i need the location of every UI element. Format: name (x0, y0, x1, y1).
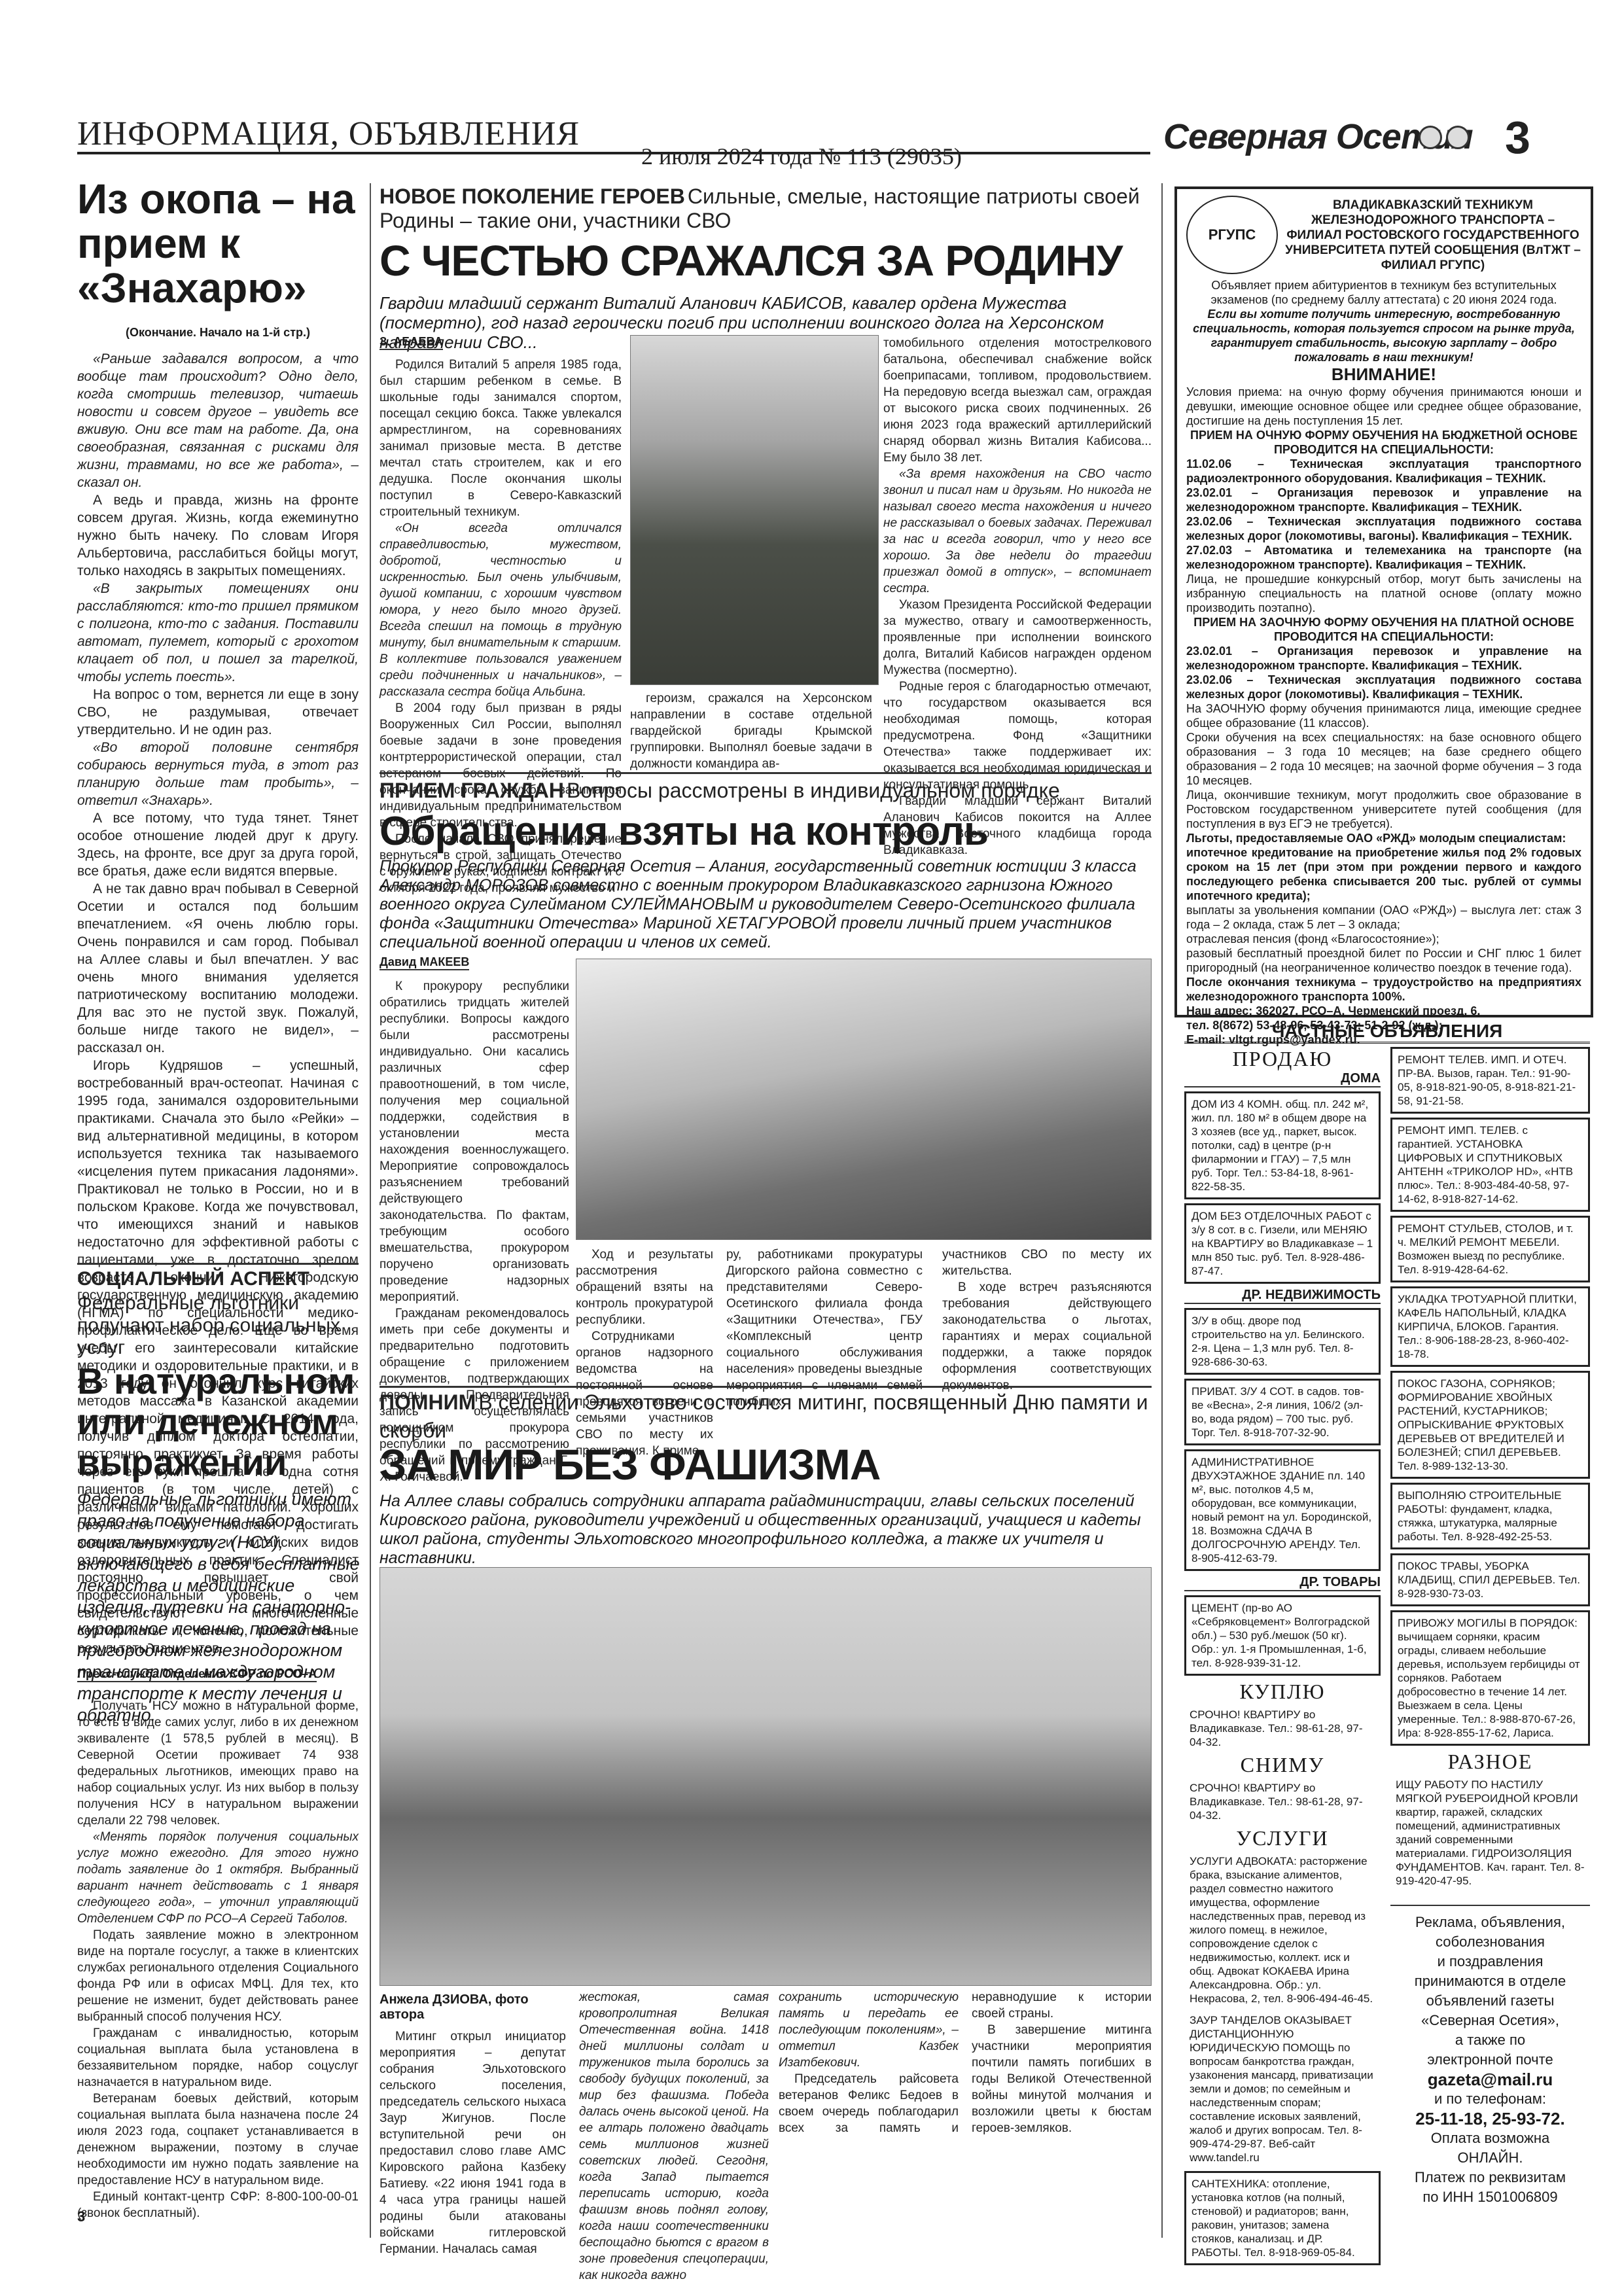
photo-credit-memory: Анжела ДЗИОВА, фото автора (380, 1992, 563, 2022)
technikum-slogan: Если вы хотите получить интересную, вост… (1186, 307, 1581, 364)
memory-col1: Митинг открыл инициатор мероприятия – де… (380, 2028, 566, 2257)
medal-icon (1446, 126, 1470, 149)
paragraph: Получать НСУ можно в натуральной форме, … (77, 1698, 359, 1829)
classified-ad: ИЩУ РАБОТУ ПО НАСТИЛУ МЯГКОЙ РУБЕРОИДНОЙ… (1390, 1774, 1590, 1892)
ad-line: На ЗАОЧНУЮ форму обучения принимаются ли… (1186, 701, 1581, 730)
contact-line: соболезнования (1390, 1932, 1590, 1952)
headline-reception: Обращения взяты на контроль (380, 808, 1152, 855)
headline-memory: ЗА МИР БЕЗ ФАШИЗМА (380, 1439, 1152, 1489)
technikum-header: РГУПС ВЛАДИКАВКАЗСКИЙ ТЕХНИКУМ ЖЕЛЕЗНОДО… (1186, 196, 1581, 274)
rubric-social: СОЦИАЛЬНЫЙ АСПЕКТ (77, 1268, 359, 1290)
paragraph: А ведь и правда, жизнь на фронте совсем … (77, 491, 359, 580)
contact-line: ОНЛАЙН. (1390, 2148, 1590, 2168)
technikum-ad: РГУПС ВЛАДИКАВКАЗСКИЙ ТЕХНИКУМ ЖЕЛЕЗНОДО… (1174, 186, 1593, 1017)
masthead-emblems (1419, 124, 1491, 150)
paragraph: «В закрытых помещениях они расслабляются… (77, 580, 359, 686)
ad-line: Сроки обучения на всех специальностях: н… (1186, 730, 1581, 788)
ad-line: 23.02.01 – Организация перевозок и управ… (1186, 644, 1581, 673)
kicker-reception: Вопросы рассмотрены в индивидуальном пор… (567, 779, 1060, 802)
lead-reception: Прокурор Республики Северная Осетия – Ал… (380, 857, 1152, 952)
paragraph: Родился Виталий 5 апреля 1985 года, был … (380, 357, 622, 520)
contact-line: электронной почте (1390, 2050, 1590, 2070)
issue-line: 2 июля 2024 года № 113 (29035) (641, 143, 962, 170)
contact-phones-label: и по телефонам: (1390, 2089, 1590, 2109)
paragraph: Митинг открыл инициатор мероприятия – де… (380, 2028, 566, 2257)
classified-ad: ЗАУР ТАНДЕЛОВ ОКАЗЫВАЕТ ДИСТАНЦИОННУЮ ЮР… (1184, 2009, 1381, 2168)
category-various: РАЗНОЕ (1390, 1750, 1590, 1774)
classified-ad: ПОКОС ТРАВЫ, УБОРКА КЛАДБИЩ, СПИЛ ДЕРЕВЬ… (1390, 1553, 1590, 1606)
byline-kabisov: З. АБАЕВА (380, 335, 443, 350)
technikum-title: ВЛАДИКАВКАЗСКИЙ ТЕХНИКУМ ЖЕЛЕЗНОДОРОЖНОГ… (1284, 198, 1581, 273)
paragraph: «Менять порядок получения социальных усл… (77, 1829, 359, 1927)
classified-ad: УСЛУГИ АДВОКАТА: расторжение брака, взыс… (1184, 1850, 1381, 2009)
classified-ad: РЕМОНТ СТУЛЬЕВ, СТОЛОВ, и т. ч. МЕЛКИЙ Р… (1390, 1216, 1590, 1282)
classified-ad: З/У в общ. дворе под строительство на ул… (1184, 1308, 1381, 1375)
paragraph: Единый контакт-центр СФР: 8-800-100-00-0… (77, 2189, 359, 2221)
article-kabisov-kicker-line: НОВОЕ ПОКОЛЕНИЕ ГЕРОЕВ Сильные, смелые, … (380, 185, 1152, 233)
ad-line: отраслевая пенсия (фонд «Благосостояние»… (1186, 932, 1581, 946)
section-rule (380, 772, 1152, 774)
rgups-logo-icon: РГУПС (1186, 196, 1278, 274)
category-sell: ПРОДАЮ (1184, 1047, 1381, 1071)
ad-line: После окончания техникума – трудоустройс… (1186, 975, 1581, 1004)
contact-line: Платеж по реквизитам (1390, 2168, 1590, 2187)
technikum-intro: Объявляет прием абитуриентов в техникум … (1186, 278, 1581, 307)
paragraph: участников СВО по месту их жительства. (942, 1246, 1152, 1279)
ad-line: Лица, окончившие техникум, могут продолж… (1186, 788, 1581, 831)
ad-line: разовый бесплатный проездной билет по Ро… (1186, 946, 1581, 975)
paragraph: Родные героя с благодарностью отмечают, … (883, 679, 1152, 793)
kicker-social: Федеральные льготники получают набор соц… (77, 1292, 359, 1359)
paragraph: К прокурору республики обратились тридца… (380, 978, 569, 1305)
technikum-text: Условия приема: на очную форму обучения … (1186, 385, 1581, 1004)
paragraph: «Он всегда отличался справедливостью, му… (380, 520, 622, 700)
ad-line: Лица, не прошедшие конкурсный отбор, мог… (1186, 572, 1581, 615)
classified-ad: РЕМОНТ ИМП. ТЕЛЕВ. с гарантией. УСТАНОВК… (1390, 1118, 1590, 1212)
headline-kabisov: С ЧЕСТЬЮ СРАЖАЛСЯ ЗА РОДИНУ (380, 236, 1152, 285)
contact-line: по ИНН 1501006809 (1390, 2187, 1590, 2207)
contact-line: Реклама, объявления, (1390, 1913, 1590, 1932)
continuation-note: (Окончание. Начало на 1-й стр.) (77, 326, 359, 340)
paragraph: А не так давно врач побывал в Северной О… (77, 880, 359, 1057)
subcat-houses: ДОМА (1184, 1071, 1381, 1087)
classified-ad: АДМИНИСТРАТИВНОЕ ДВУХЭТАЖНОЕ ЗДАНИЕ пл. … (1184, 1449, 1381, 1571)
classified-ad: РЕМОНТ ТЕЛЕВ. ИМП. И ОТЕЧ. ПР-ВА. Вызов,… (1390, 1047, 1590, 1114)
ad-line: 23.02.06 – Техническая эксплуатация подв… (1186, 673, 1581, 701)
subcat-goods: ДР. ТОВАРЫ (1184, 1575, 1381, 1591)
memory-col3: сохранить историческую память и передать… (779, 1989, 1152, 2136)
ad-line: ПРИЕМ НА ЗАОЧНУЮ ФОРМУ ОБУЧЕНИЯ НА ПЛАТН… (1186, 615, 1581, 644)
section-title: ИНФОРМАЦИЯ, ОБЪЯВЛЕНИЯ (77, 115, 580, 153)
paragraph: жестокая, самая кровопролитная Великая О… (579, 1989, 769, 2284)
paragraph: Указом Президента Российской Федерации з… (883, 597, 1152, 679)
classified-ad: ПОКОС ГАЗОНА, СОРНЯКОВ; ФОРМИРОВАНИЕ ХВО… (1390, 1371, 1590, 1479)
ad-line: выплаты за увольнения компании (ОАО «РЖД… (1186, 903, 1581, 932)
memory-col2: жестокая, самая кровопролитная Великая О… (579, 1989, 769, 2284)
coat-of-arms-icon (1419, 126, 1442, 149)
photo-memory (380, 1567, 1152, 1986)
contact-line: Оплата возможна (1390, 2128, 1590, 2148)
paragraph: А все потому, что туда тянет. Тянет особ… (77, 809, 359, 880)
column-rule-right (1161, 183, 1163, 2238)
lead-social: Федеральные льготники имеют право на пол… (77, 1489, 365, 1726)
contact-line: а также по (1390, 2030, 1590, 2050)
reception-col4: участников СВО по месту их жительства. В… (942, 1246, 1152, 1394)
column-rule-left (370, 183, 371, 2238)
paragraph: На вопрос о том, вернется ли еще в зону … (77, 686, 359, 739)
article-body-social: Получать НСУ можно в натуральной форме, … (77, 1698, 359, 2221)
category-buy: КУПЛЮ (1184, 1680, 1381, 1704)
subcat-realty: ДР. НЕДВИЖИМОСТЬ (1184, 1288, 1381, 1304)
article-headline-znahar: Из окопа – на прием к «Знахарю» (77, 177, 359, 310)
section-rule (77, 1263, 359, 1265)
paragraph: Гражданам с инвалидностью, которым социа… (77, 2025, 359, 2091)
paragraph: сохранить историческую память и передать… (779, 1989, 959, 2071)
classified-ad: СРОЧНО! КВАРТИРУ во Владикавказе. Тел.: … (1184, 1777, 1381, 1826)
contact-email[interactable]: gazeta@mail.ru (1390, 2070, 1590, 2089)
article-reception-kicker-line: ПРИЕМ ГРАЖДАН Вопросы рассмотрены в инди… (380, 779, 1152, 803)
classified-ad: ПРИВАТ. З/У 4 СОТ. в садов. тов-ве «Весн… (1184, 1379, 1381, 1445)
classified-ad: ЦЕМЕНТ (пр-во АО «Себряковцемент» Волгог… (1184, 1595, 1381, 1676)
ad-line: ПРИЕМ НА ОЧНУЮ ФОРМУ ОБУЧЕНИЯ НА БЮДЖЕТН… (1186, 428, 1581, 457)
technikum-address: Наш адрес: 362027, РСО–А, Черменский про… (1186, 1004, 1581, 1018)
kicker-memory: В селении Эльхотово состоялся митинг, по… (380, 1390, 1148, 1442)
paragraph: «Раньше задавался вопросом, а что вообще… (77, 350, 359, 491)
rubric-heroes: НОВОЕ ПОКОЛЕНИЕ ГЕРОЕВ (380, 185, 685, 208)
header-rule (77, 152, 1150, 154)
contact-line: объявлений газеты (1390, 1991, 1590, 2011)
kabisov-col2: героизм, сражался на Херсонском направле… (630, 690, 872, 772)
contact-line: принимаются в отделе (1390, 1971, 1590, 1991)
classified-ad: ВЫПОЛНЯЮ СТРОИТЕЛЬНЫЕ РАБОТЫ: фундамент,… (1390, 1483, 1590, 1549)
lead-memory: На Аллее славы собрались сотрудники аппа… (380, 1492, 1152, 1568)
classifieds-col2: РЕМОНТ ТЕЛЕВ. ИМП. И ОТЕЧ. ПР-ВА. Вызов,… (1390, 1047, 1590, 2207)
byline-social: Пресс-служба Отделения СФР по РСО–А (77, 1667, 317, 1682)
contact-info: Реклама, объявления, соболезнования и по… (1390, 1905, 1590, 2207)
section-rule (380, 1386, 1152, 1388)
paragraph: «За время нахождения на СВО часто звонил… (883, 466, 1152, 597)
contact-line: «Северная Осетия», (1390, 2011, 1590, 2030)
ad-line: 11.02.06 – Техническая эксплуатация тран… (1186, 457, 1581, 486)
paragraph: В завершение митинга участники мероприят… (972, 2022, 1152, 2136)
technikum-attention: ВНИМАНИЕ! (1186, 364, 1581, 385)
byline-reception: Давид МАКЕЕВ (380, 955, 469, 970)
page-number: 3 (1505, 111, 1530, 164)
paragraph: В ходе встреч разъясняются требования де… (942, 1279, 1152, 1394)
photo-kabisov (630, 335, 879, 685)
article-memory-kicker-line: ПОМНИМ В селении Эльхотово состоялся мит… (380, 1390, 1152, 1447)
photo-reception (576, 959, 1152, 1240)
ad-line: 23.02.06 – Техническая эксплуатация подв… (1186, 514, 1581, 543)
paragraph: героизм, сражался на Херсонском направле… (630, 690, 872, 772)
contact-phones: 25-11-18, 25-93-72. (1390, 2109, 1590, 2128)
classified-ad: УКЛАДКА ТРОТУАРНОЙ ПЛИТКИ, КАФЕЛЬ НАПОЛЬ… (1390, 1286, 1590, 1367)
paragraph: Ветеранам боевых действий, которым социа… (77, 2091, 359, 2189)
ad-line: 23.02.01 – Организация перевозок и управ… (1186, 486, 1581, 514)
category-rent: СНИМУ (1184, 1753, 1381, 1777)
contact-line: и поздравления (1390, 1952, 1590, 1971)
footer-page-number: 3 (77, 2208, 85, 2225)
classified-ad: САНТЕХНИКА: отопление, установка котлов … (1184, 2171, 1381, 2265)
ad-line: Условия приема: на очную форму обучения … (1186, 385, 1581, 428)
classifieds-heading: ЧАСТНЫЕ ОБЪЯВЛЕНИЯ (1184, 1021, 1590, 1044)
ad-line: 27.02.03 – Автоматика и телемеханика на … (1186, 543, 1581, 572)
ad-line: ипотечное кредитование на приобретение ж… (1186, 845, 1581, 903)
classified-ad: ДОМ БЕЗ ОТДЕЛОЧНЫХ РАБОТ с з/у 8 сот. в … (1184, 1203, 1381, 1284)
rubric-memory: ПОМНИМ (380, 1390, 476, 1414)
paragraph: «Во второй половине сентября собираюсь в… (77, 739, 359, 809)
classified-ad: СРОЧНО! КВАРТИРУ во Владикавказе. Тел.: … (1184, 1704, 1381, 1753)
rubric-reception: ПРИЕМ ГРАЖДАН (380, 779, 564, 802)
paragraph: Ход и результаты рассмотрения обращений … (576, 1246, 713, 1328)
classifieds-col1: ПРОДАЮ ДОМА ДОМ ИЗ 4 КОМН. общ. пл. 242 … (1184, 1047, 1381, 2265)
headline-social: В натуральном или денежном выражении (77, 1361, 365, 1483)
classified-ad: ДОМ ИЗ 4 КОМН. общ. пл. 242 м², жил. пл.… (1184, 1091, 1381, 1199)
ad-line: Льготы, предоставляемые ОАО «РЖД» молоды… (1186, 831, 1581, 845)
classified-ad: ПРИВОЖУ МОГИЛЫ В ПОРЯДОК: вычищаем сорня… (1390, 1610, 1590, 1746)
paragraph: томобильного отделения мотострелкового б… (883, 335, 1152, 466)
category-services: УСЛУГИ (1184, 1826, 1381, 1850)
paragraph: Подать заявление можно в электронном вид… (77, 1927, 359, 2025)
